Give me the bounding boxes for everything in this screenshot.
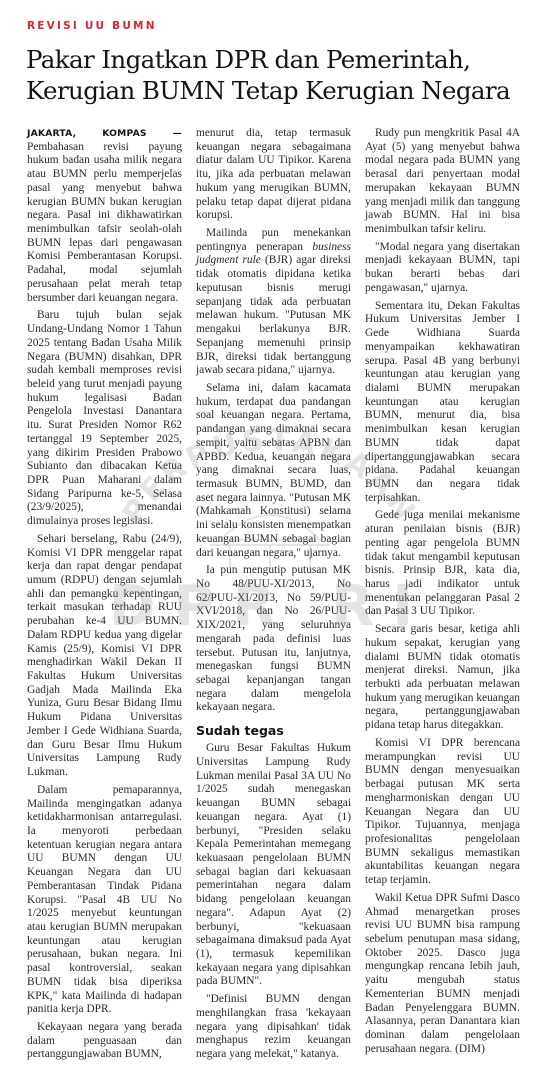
paragraph: Guru Besar Fakultas Hukum Universitas La… xyxy=(196,742,351,989)
newspaper-clipping: REVISI UU BUMN Pakar Ingatkan DPR dan Pe… xyxy=(0,0,540,1071)
dateline: JAKARTA, KOMPAS — xyxy=(27,128,182,139)
column-1: JAKARTA, KOMPAS — Pembahasan revisi payu… xyxy=(27,127,182,1062)
section-kicker: REVISI UU BUMN xyxy=(27,20,157,32)
paragraph-text: (BJR) agar direksi tidak otomatis dipida… xyxy=(196,254,351,376)
paragraph: menurut dia, tetap termasuk keuangan neg… xyxy=(196,127,351,223)
paragraph: Kekayaan negara yang berada dalam pengua… xyxy=(27,1021,182,1062)
paragraph: Secara garis besar, ketiga ahli hukum se… xyxy=(365,623,520,733)
lead-paragraph: JAKARTA, KOMPAS — Pembahasan revisi payu… xyxy=(27,127,182,305)
paragraph: Komisi VI DPR berencana merampungkan rev… xyxy=(365,737,520,888)
paragraph: Baru tujuh bulan sejak Undang-Undang Nom… xyxy=(27,309,182,529)
paragraph: Wakil Ketua DPR Sufmi Dasco Ahmad menarg… xyxy=(365,892,520,1057)
paragraph: Gede juga menilai mekanisme aturan penil… xyxy=(365,509,520,619)
paragraph: Rudy pun mengkritik Pasal 4A Ayat (5) ya… xyxy=(365,127,520,237)
paragraph: Mailinda pun menekankan pentingnya pener… xyxy=(196,227,351,378)
headline: Pakar Ingatkan DPR dan Pemerintah, Kerug… xyxy=(26,44,526,106)
paragraph: Sementara itu, Dekan Fakultas Hukum Univ… xyxy=(365,300,520,506)
column-3: Rudy pun mengkritik Pasal 4A Ayat (5) ya… xyxy=(365,127,520,1062)
paragraph: Selama ini, dalam kacamata hukum, terdap… xyxy=(196,382,351,560)
article-body: JAKARTA, KOMPAS — Pembahasan revisi payu… xyxy=(27,127,519,1062)
paragraph: Dalam pemaparannya, Mailinda mengingatka… xyxy=(27,784,182,1017)
subheading: Sudah tegas xyxy=(196,723,351,738)
paragraph: "Definisi BUMN dengan menghilangkan fras… xyxy=(196,993,351,1062)
paragraph: Sehari berselang, Rabu (24/9), Komisi VI… xyxy=(27,533,182,780)
column-2: menurut dia, tetap termasuk keuangan neg… xyxy=(196,127,351,1062)
paragraph: "Modal negara yang disertakan menjadi ke… xyxy=(365,241,520,296)
paragraph: Ia pun mengutip putusan MK No 48/PUU-XI/… xyxy=(196,564,351,715)
paragraph-text: Pembahasan revisi payung hukum badan usa… xyxy=(27,141,182,304)
